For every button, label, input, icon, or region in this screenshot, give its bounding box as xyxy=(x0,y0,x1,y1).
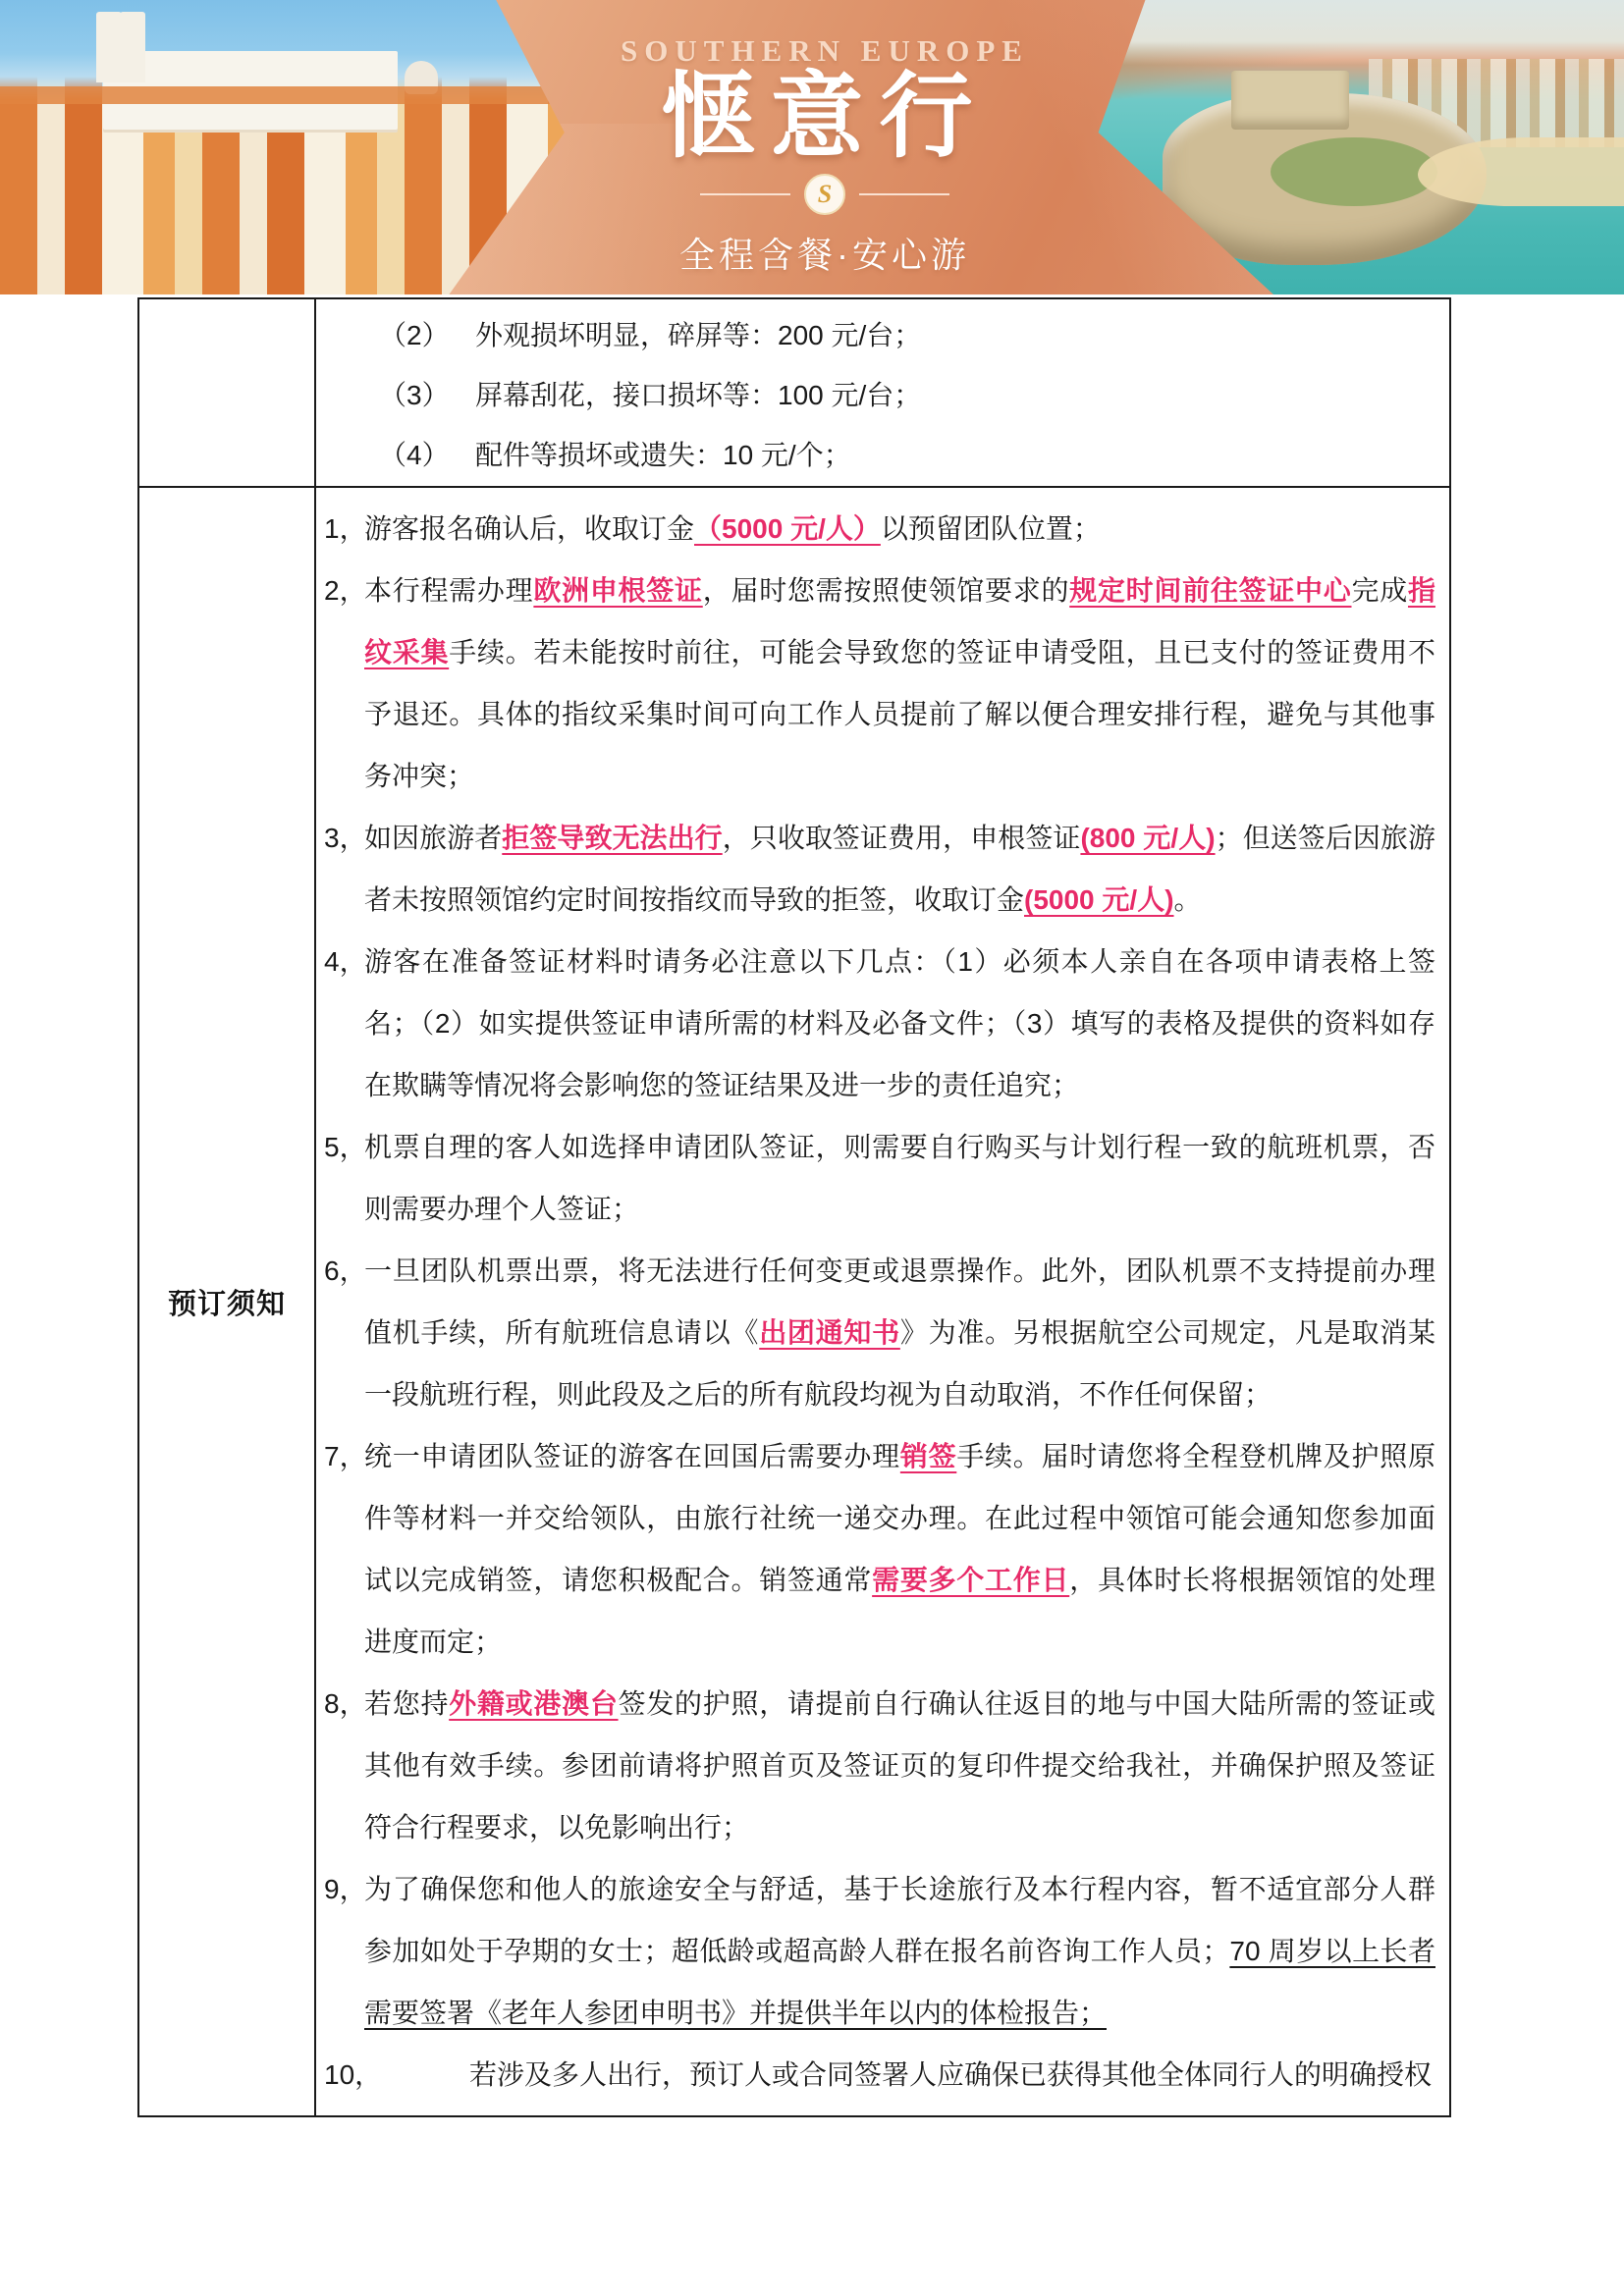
item-number: （4） xyxy=(379,425,475,485)
notice-item: 9，为了确保您和他人的旅途安全与舒适，基于长途旅行及本行程内容，暂不适宜部分人群… xyxy=(324,1858,1435,2044)
item-text: 屏幕刮花，接口损坏等：100 元/台； xyxy=(475,365,1435,425)
notice-item: 3，如因旅游者拒签导致无法出行，只收取签证费用，申根签证(800 元/人)；但送… xyxy=(324,807,1435,931)
document-page: SOUTHERN EUROPE 惬意行 S 全程含餐·安心游 （2）外观损坏明显… xyxy=(0,0,1624,2296)
item-text: 统一申请团队签证的游客在回国后需要办理销签手续。届时请您将全程登机牌及护照原件等… xyxy=(364,1425,1435,1673)
item-number: 10， xyxy=(324,2044,469,2106)
notice-item: （3）屏幕刮花，接口损坏等：100 元/台； xyxy=(379,365,1435,425)
row1-content-cell: （2）外观损坏明显，碎屏等：200 元/台；（3）屏幕刮花，接口损坏等：100 … xyxy=(316,299,1449,486)
church-tower xyxy=(120,12,145,82)
divider-line-right xyxy=(859,193,949,195)
item-text: 一旦团队机票出票，将无法进行任何变更或退票操作。此外，团队机票不支持提前办理值机… xyxy=(364,1240,1435,1425)
item-number: （3） xyxy=(379,365,475,425)
item-text: 为了确保您和他人的旅途安全与舒适，基于长途旅行及本行程内容，暂不适宜部分人群参加… xyxy=(364,1858,1435,2044)
row1-label-cell xyxy=(139,299,316,486)
notice-item: 6，一旦团队机票出票，将无法进行任何变更或退票操作。此外，团队机票不支持提前办理… xyxy=(324,1240,1435,1425)
item-number: 6， xyxy=(324,1240,364,1425)
notice-item: 10，若涉及多人出行，预订人或合同签署人应确保已获得其他全体同行人的明确授权 xyxy=(324,2044,1435,2106)
notice-item: （4）配件等损坏或遗失：10 元/个； xyxy=(379,425,1435,485)
notice-item: 7，统一申请团队签证的游客在回国后需要办理销签手续。届时请您将全程登机牌及护照原… xyxy=(324,1425,1435,1673)
item-number: （2） xyxy=(379,305,475,365)
booking-notice-table: （2）外观损坏明显，碎屏等：200 元/台；（3）屏幕刮花，接口损坏等：100 … xyxy=(137,297,1451,2117)
brand-s-logo-icon: S xyxy=(804,174,845,215)
banner-tagline: 全程含餐·安心游 xyxy=(511,228,1139,278)
castle-keep xyxy=(1231,71,1349,130)
item-number: 1， xyxy=(324,498,364,560)
item-text: 游客在准备签证材料时请务必注意以下几点：（1）必须本人亲自在各项申请表格上签名；… xyxy=(364,931,1435,1116)
booking-notice-content-cell: 1，游客报名确认后，收取订金（5000 元/人）以预留团队位置；2，本行程需办理… xyxy=(316,488,1449,2115)
item-text: 若您持外籍或港澳台签发的护照，请提前自行确认往返目的地与中国大陆所需的签证或其他… xyxy=(364,1673,1435,1858)
item-text: 配件等损坏或遗失：10 元/个； xyxy=(475,425,1435,485)
table-row-damage-fees: （2）外观损坏明显，碎屏等：200 元/台；（3）屏幕刮花，接口损坏等：100 … xyxy=(139,299,1449,488)
notice-item: 1，游客报名确认后，收取订金（5000 元/人）以预留团队位置； xyxy=(324,498,1435,560)
item-number: 7， xyxy=(324,1425,364,1673)
item-number: 8， xyxy=(324,1673,364,1858)
item-text: 本行程需办理欧洲申根签证，届时您需按照使领馆要求的规定时间前往签证中心完成指纹采… xyxy=(364,560,1435,807)
item-text: 游客报名确认后，收取订金（5000 元/人）以预留团队位置； xyxy=(364,498,1435,560)
item-text: 外观损坏明显，碎屏等：200 元/台； xyxy=(475,305,1435,365)
item-number: 4， xyxy=(324,931,364,1116)
notice-item: 8，若您持外籍或港澳台签发的护照，请提前自行确认往返目的地与中国大陆所需的签证或… xyxy=(324,1673,1435,1858)
banner-title: 惬意行 xyxy=(511,71,1139,164)
item-number: 9， xyxy=(324,1858,364,2044)
notice-item: 5，机票自理的客人如选择申请团队签证，则需要自行购买与计划行程一致的航班机票，否… xyxy=(324,1116,1435,1240)
item-text: 机票自理的客人如选择申请团队签证，则需要自行购买与计划行程一致的航班机票，否则需… xyxy=(364,1116,1435,1240)
notice-item: 4，游客在准备签证材料时请务必注意以下几点：（1）必须本人亲自在各项申请表格上签… xyxy=(324,931,1435,1116)
church-tower xyxy=(96,12,122,82)
greenery xyxy=(1271,137,1437,206)
item-number: 2， xyxy=(324,560,364,807)
item-number: 5， xyxy=(324,1116,364,1240)
notice-item: （2）外观损坏明显，碎屏等：200 元/台； xyxy=(379,305,1435,365)
banner-subtitle: SOUTHERN EUROPE xyxy=(511,33,1139,69)
banner-text-block: SOUTHERN EUROPE 惬意行 S 全程含餐·安心游 xyxy=(511,33,1139,278)
divider-line-left xyxy=(700,193,790,195)
notice-item: 2，本行程需办理欧洲申根签证，届时您需按照使领馆要求的规定时间前往签证中心完成指… xyxy=(324,560,1435,807)
booking-notice-label: 预订须知 xyxy=(139,488,316,2115)
table-row-booking-notice: 预订须知 1，游客报名确认后，收取订金（5000 元/人）以预留团队位置；2，本… xyxy=(139,488,1449,2115)
logo-divider-row: S xyxy=(511,174,1139,215)
banner: SOUTHERN EUROPE 惬意行 S 全程含餐·安心游 xyxy=(0,0,1624,294)
item-text: 若涉及多人出行，预订人或合同签署人应确保已获得其他全体同行人的明确授权 xyxy=(469,2044,1435,2106)
item-number: 3， xyxy=(324,807,364,931)
item-text: 如因旅游者拒签导致无法出行，只收取签证费用，申根签证(800 元/人)；但送签后… xyxy=(364,807,1435,931)
